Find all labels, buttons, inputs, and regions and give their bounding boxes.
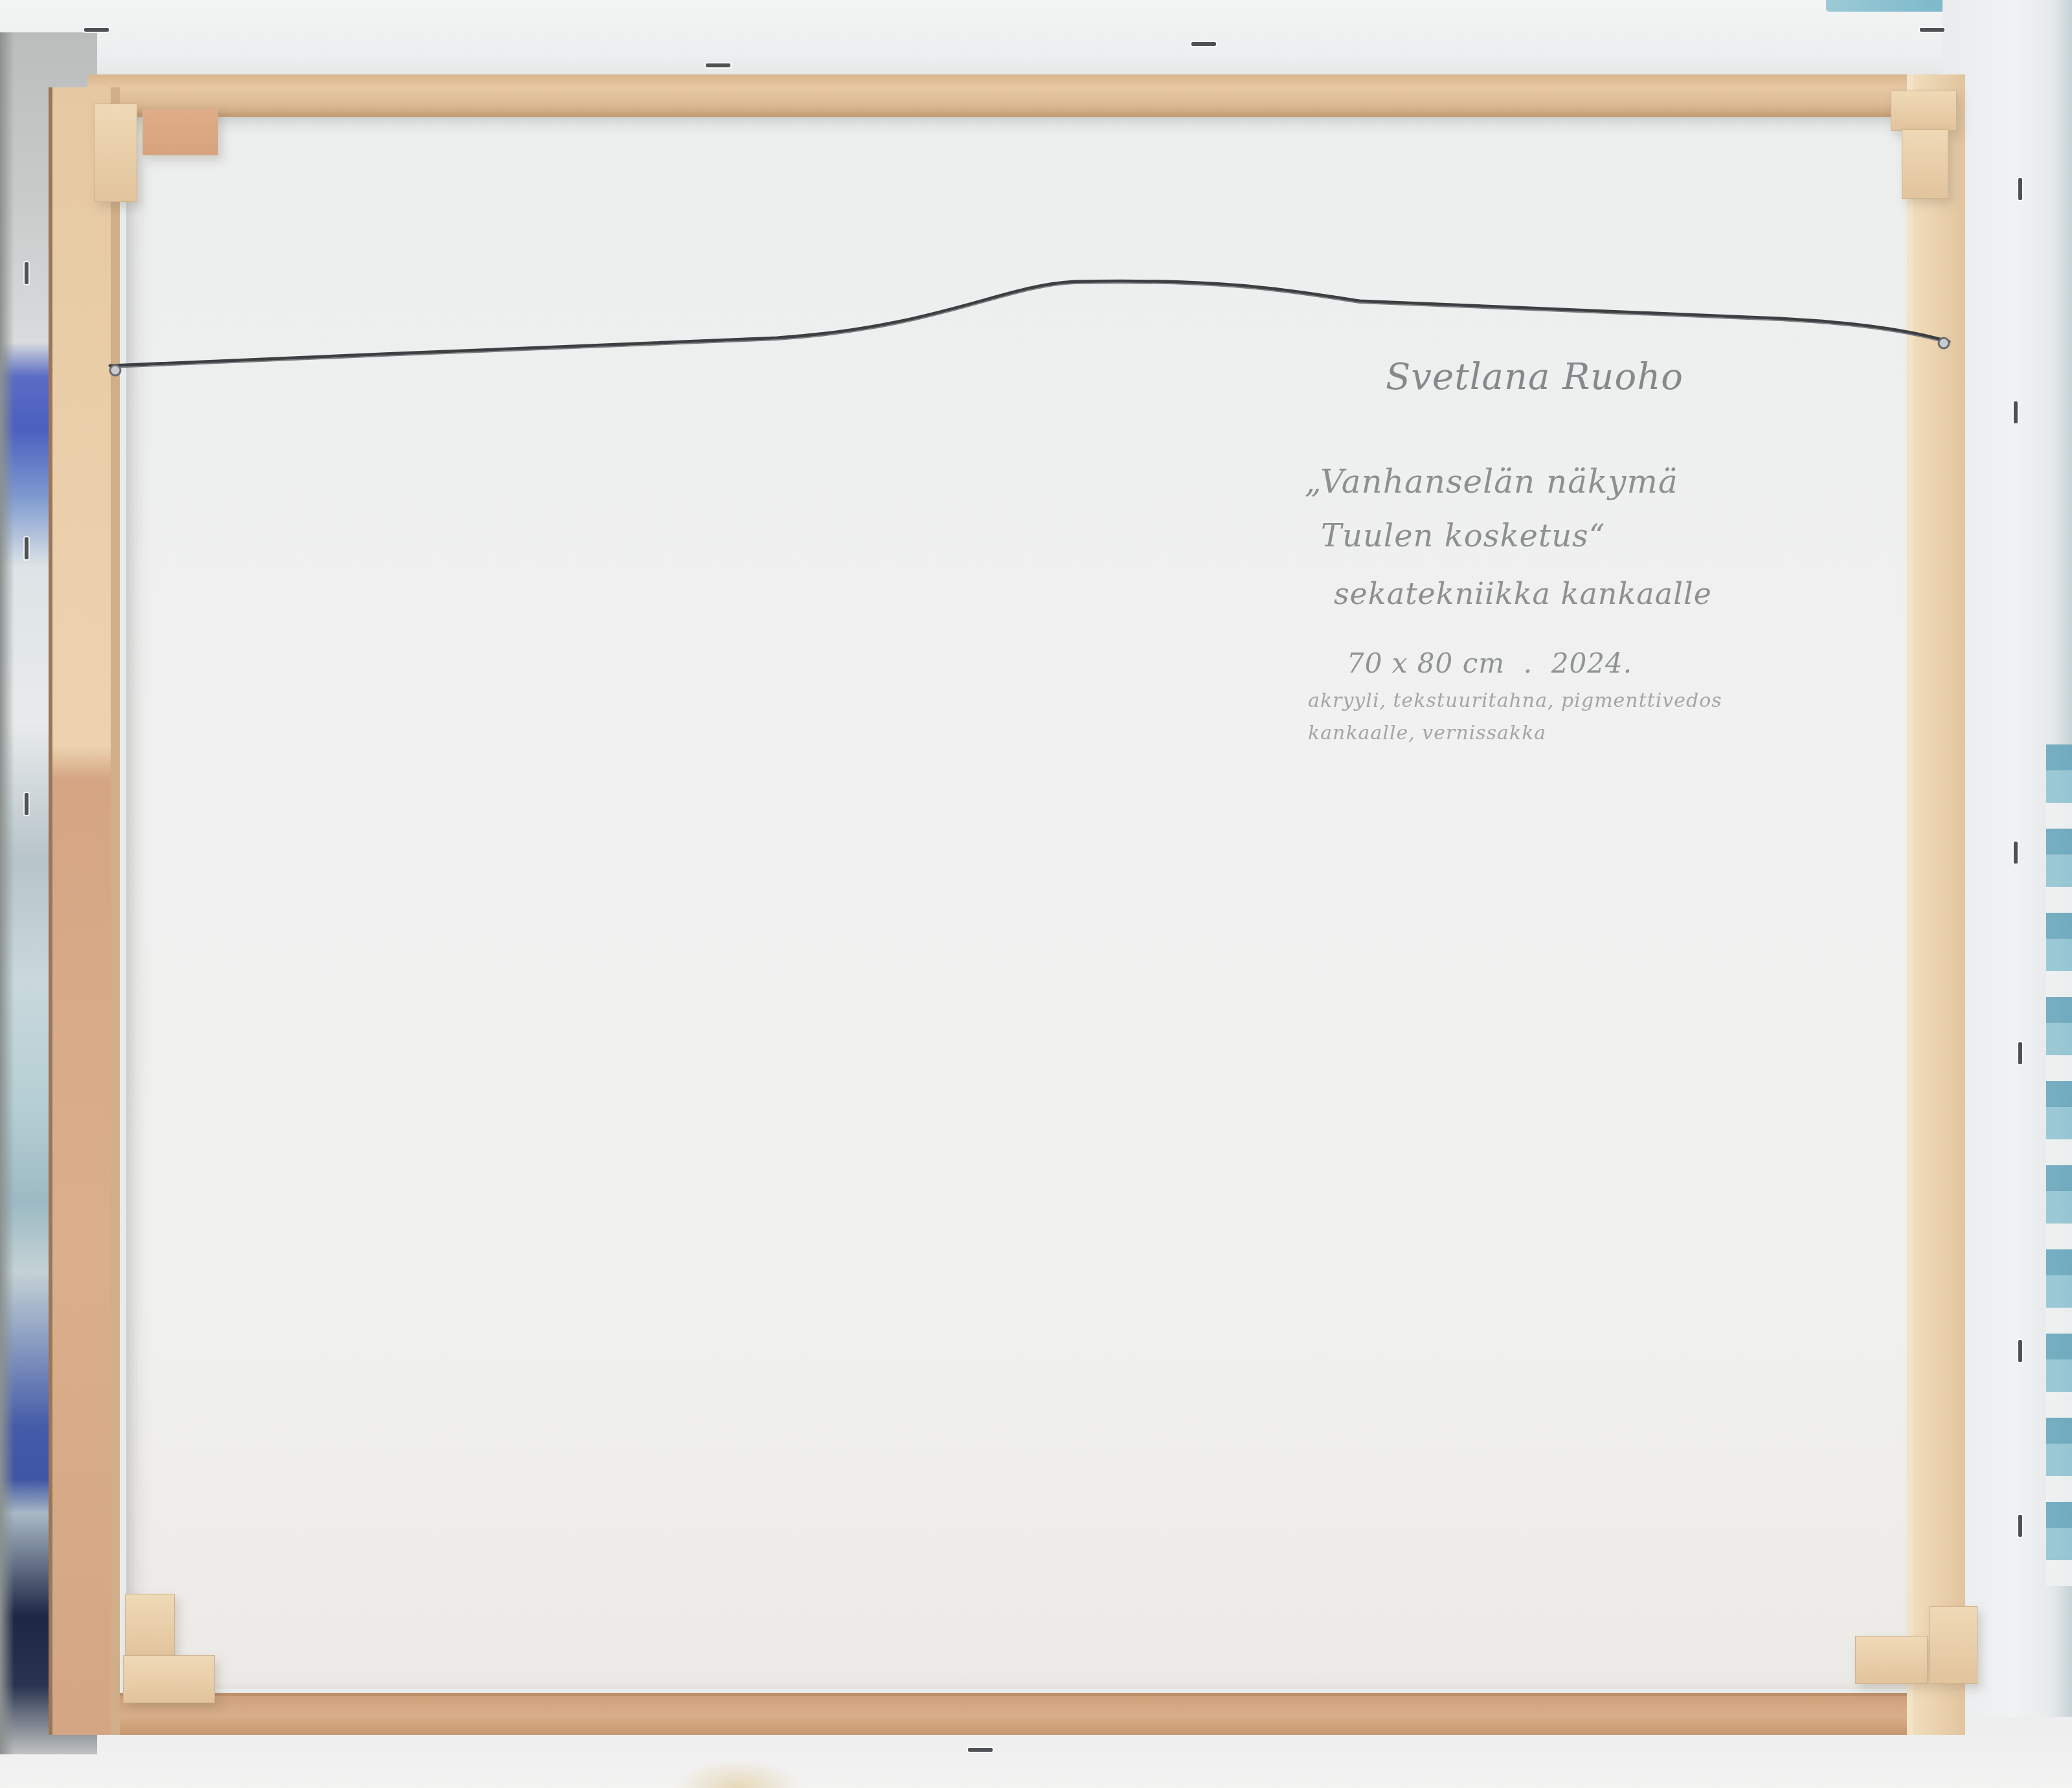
staple-icon (2018, 1340, 2022, 1362)
stretcher-bar-top (87, 74, 1952, 117)
staple-icon (1191, 42, 1216, 46)
corner-key-top-right-horizontal (1891, 91, 1957, 131)
staple-icon (968, 1748, 993, 1752)
edge-shadow (0, 32, 14, 1754)
corner-key-bottom-right-vertical (1930, 1606, 1977, 1684)
staple-icon (2014, 842, 2018, 864)
staple-icon (25, 537, 28, 559)
staple-icon (2018, 1515, 2022, 1537)
staple-icon (25, 262, 28, 284)
artwork-materials-line-2: kankaalle, vernissakka (1308, 722, 1546, 744)
staple-icon (2018, 1042, 2022, 1064)
staple-icon (2014, 401, 2018, 423)
corner-key-top-left-vertical (94, 104, 137, 202)
staple-icon (84, 28, 109, 32)
stretcher-frame (49, 74, 1965, 1735)
canvas-fold-top (0, 0, 2072, 81)
corner-key-bottom-right-horizontal (1855, 1636, 1928, 1684)
staple-icon (706, 63, 730, 67)
stretcher-bar-bottom (87, 1693, 1952, 1735)
artwork-materials-line-1: akryyli, tekstuuritahna, pigmenttivedos (1308, 689, 1722, 712)
staple-icon (25, 793, 28, 815)
stretcher-bar-right (1907, 74, 1965, 1735)
corner-key-bottom-left-horizontal (123, 1655, 215, 1703)
corner-key-top-right-vertical (1902, 129, 1948, 199)
artwork-title-line-1: „Vanhanselän näkymä (1305, 463, 1678, 500)
artwork-title-line-2: Tuulen kosketus“ (1321, 518, 1605, 554)
artwork-technique: sekatekniikka kankaalle (1334, 576, 1712, 611)
corner-key-bottom-left-vertical (125, 1594, 175, 1657)
artwork-year: 2024. (1551, 647, 1632, 679)
staple-icon (1920, 28, 1944, 32)
corner-key-top-left-horizontal (142, 109, 218, 155)
edge-paint-smudge (673, 1759, 803, 1788)
artwork-size-year: 70 x 80 cm . 2024. (1347, 647, 1632, 679)
artist-signature: Svetlana Ruoho (1386, 356, 1683, 398)
staple-icon (2018, 178, 2022, 200)
artwork-dimensions: 70 x 80 cm (1347, 647, 1505, 679)
stretcher-bar-left (49, 87, 120, 1735)
edge-paint-teal (2046, 744, 2072, 1586)
